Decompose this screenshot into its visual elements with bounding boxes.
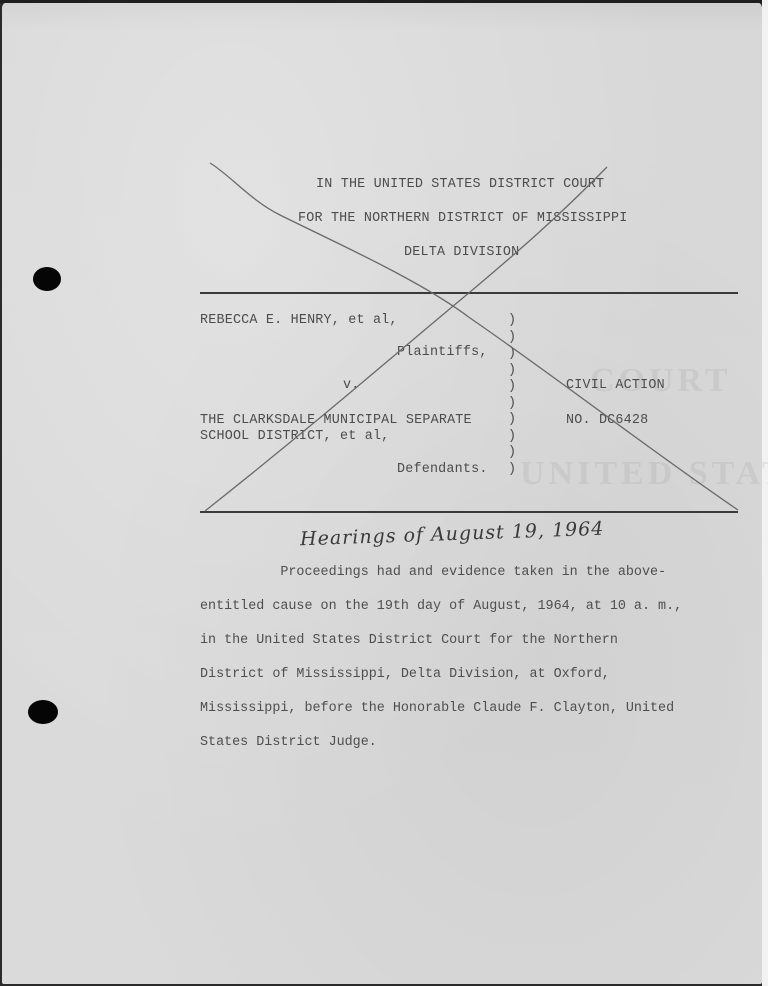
case-type: CIVIL ACTION bbox=[566, 378, 665, 394]
body-line-4: District of Mississippi, Delta Division,… bbox=[200, 667, 610, 682]
caption-bracket: ) bbox=[508, 462, 516, 478]
caption-bracket: ) bbox=[508, 363, 516, 379]
case-number: NO. DC6428 bbox=[566, 413, 648, 429]
defendant-line1: THE CLARKSDALE MUNICIPAL SEPARATE bbox=[200, 413, 472, 429]
body-line-6: States District Judge. bbox=[200, 735, 377, 750]
defendant-line2: SCHOOL DISTRICT, et al, bbox=[200, 429, 389, 445]
body-line-3: in the United States District Court for … bbox=[200, 633, 618, 648]
court-header-line3: DELTA DIVISION bbox=[404, 245, 519, 261]
caption-top-rule bbox=[200, 292, 738, 294]
caption-bracket: ) bbox=[508, 412, 516, 428]
body-line-2: entitled cause on the 19th day of August… bbox=[200, 599, 682, 614]
caption-bracket: ) bbox=[508, 346, 516, 362]
punch-hole-top bbox=[33, 267, 61, 291]
caption-bracket: ) bbox=[508, 330, 516, 346]
document-page bbox=[2, 2, 762, 984]
versus-label: v. bbox=[343, 378, 359, 394]
body-line-1: Proceedings had and evidence taken in th… bbox=[200, 565, 666, 580]
plaintiff-name: REBECCA E. HENRY, et al, bbox=[200, 313, 398, 329]
body-line-5: Mississippi, before the Honorable Claude… bbox=[200, 701, 674, 716]
ghost-stamp-line2: UNITED STATES bbox=[520, 455, 768, 493]
court-header-line1: IN THE UNITED STATES DISTRICT COURT bbox=[316, 177, 604, 193]
scan-top-edge bbox=[0, 0, 768, 3]
caption-bracket: ) bbox=[508, 445, 516, 461]
plaintiff-role: Plaintiffs, bbox=[397, 345, 488, 361]
caption-bottom-rule bbox=[200, 511, 738, 513]
caption-bracket: ) bbox=[508, 313, 516, 329]
scan-right-edge bbox=[762, 0, 768, 986]
court-header-line2: FOR THE NORTHERN DISTRICT OF MISSISSIPPI bbox=[298, 211, 627, 227]
caption-bracket: ) bbox=[508, 396, 516, 412]
caption-bracket: ) bbox=[508, 429, 516, 445]
caption-bracket: ) bbox=[508, 379, 516, 395]
punch-hole-bottom bbox=[28, 700, 58, 724]
defendant-role: Defendants. bbox=[397, 462, 488, 478]
